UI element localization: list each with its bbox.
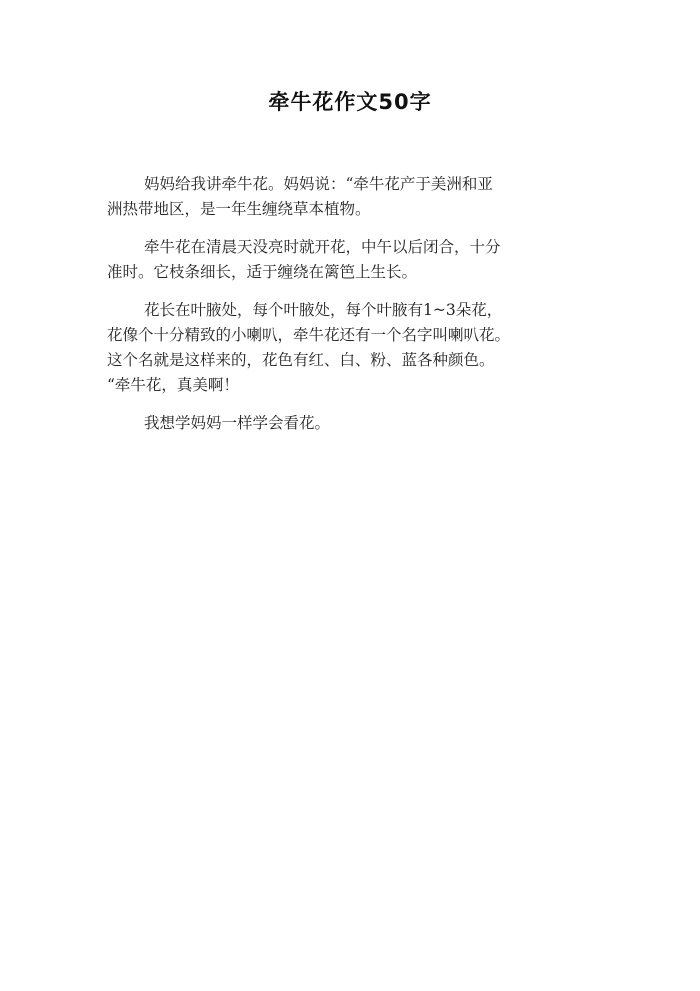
paragraph-line: 我想学妈妈一样学会看花。 [107,411,587,436]
paragraph-line: 妈妈给我讲牵牛花。妈妈说：“牵牛花产于美洲和亚 [107,172,587,197]
paragraph-line: 准时。它枝条细长，适于缠绕在篱笆上生长。 [107,260,587,285]
paragraph-line: “牵牛花，真美啊！ [107,373,587,398]
paragraph-line: 花长在叶腋处，每个叶腋处，每个叶腋有1~3朵花， [107,298,587,323]
paragraph-line: 花像个十分精致的小喇叭，牵牛花还有一个名字叫喇叭花。 [107,323,587,348]
document-body: 妈妈给我讲牵牛花。妈妈说：“牵牛花产于美洲和亚 洲热带地区，是一年生缠绕草本植物… [107,172,587,436]
paragraph-line: 洲热带地区，是一年生缠绕草本植物。 [107,197,587,222]
paragraph-line: 这个名就是这样来的，花色有红、白、粉、蓝各种颜色。 [107,348,587,373]
document-title: 牵牛花作文50字 [0,86,700,116]
paragraph-line: 牵牛花在清晨天没亮时就开花，中午以后闭合，十分 [107,235,587,260]
document-page: 牵牛花作文50字 妈妈给我讲牵牛花。妈妈说：“牵牛花产于美洲和亚 洲热带地区，是… [0,0,700,991]
